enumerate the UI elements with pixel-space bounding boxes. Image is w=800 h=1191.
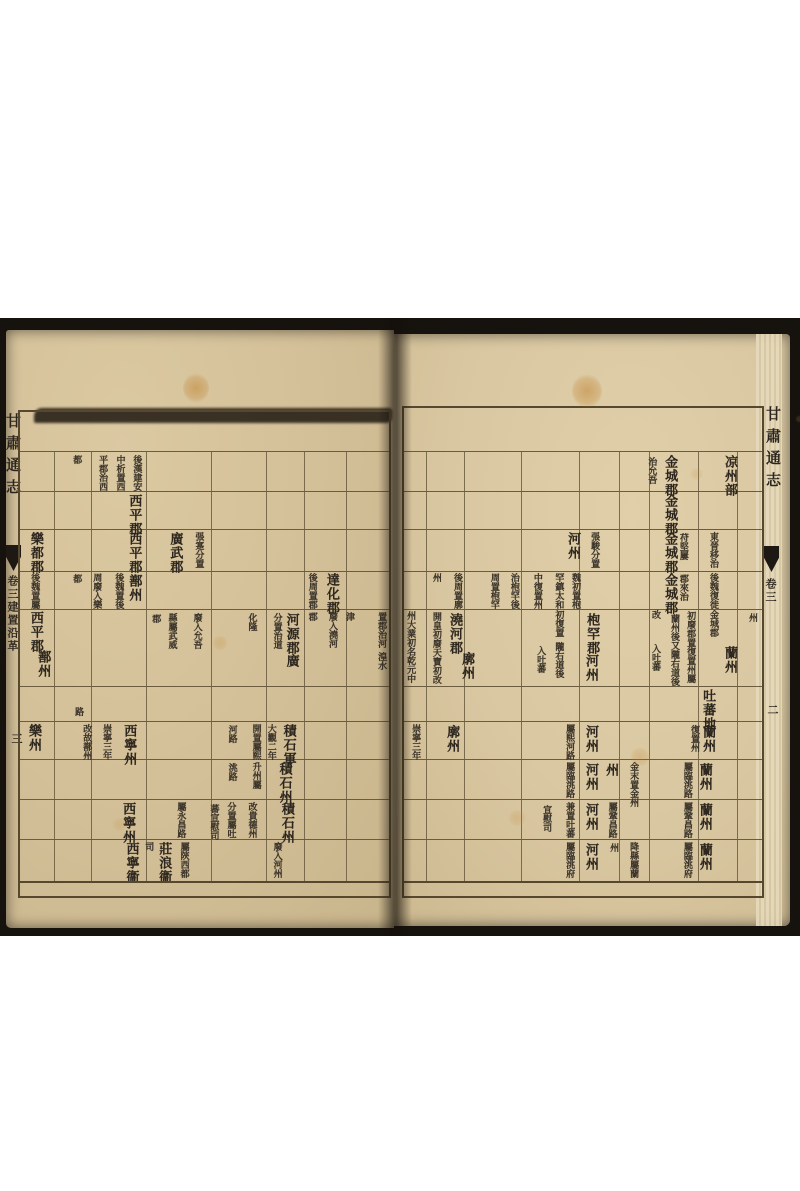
annotation-note: 兼置吐蕃 [565, 802, 574, 838]
table-row: 積石州改貴德州分置屬吐蕃宣慰司屬永昌路西寧州 [20, 800, 389, 840]
right-banxin: 甘肅通志 卷三 二 [764, 406, 780, 715]
place-name: 枹罕郡 [586, 613, 599, 655]
annotation-note: 後周置郡 [308, 573, 317, 609]
annotation-note: 廢入澆河 [328, 612, 337, 648]
gutter-shadow [378, 318, 412, 936]
annotation-note: 初復置 [554, 610, 563, 637]
left-volume-label: 卷三建置沿革 [6, 575, 17, 725]
table-row: 吐蕃地 [404, 687, 762, 722]
place-name: 西平郡 [128, 532, 141, 574]
annotation-note: 後魏置屬 [30, 573, 39, 609]
place-name: 莊浪衞 [158, 842, 171, 884]
place-name: 達化郡 [326, 573, 339, 615]
annotation-note: 廢入允吾 [193, 613, 202, 649]
annotation-note: 張寔分置 [194, 532, 203, 568]
annotation-note: 河路 [228, 725, 237, 743]
table-row: 積石軍大觀二年開置屬熙河路西寧州崇寧三年改故鄯州樂州 [20, 722, 389, 760]
scanned-book-photo: 甘肅通志 卷三建置沿革 三 甘肅通志 卷三 二 後漢建安中析置西平郡治西都西平郡… [0, 0, 800, 1191]
table-row: 廢入河州屬陝西都莊浪衞司西寧衞 [20, 840, 389, 881]
place-name: 積石州 [279, 762, 292, 804]
annotation-note: 東晉移治 [709, 532, 718, 568]
place-name: 凉州部 [724, 455, 737, 497]
place-name: 州 [605, 763, 618, 777]
annotation-note: 周廢入樂 [92, 573, 101, 609]
table-row: 蘭州屬臨洮路金末置金州州河州屬臨洮路 [404, 760, 762, 800]
annotation-note: 降縣屬蘭 [629, 842, 638, 878]
annotation-note: 屬鞏昌路 [608, 802, 617, 838]
annotation-note: 改貴德州 [248, 802, 257, 838]
place-name: 蘭州 [699, 763, 712, 791]
place-name: 西平郡 [30, 611, 43, 653]
right-volume-label: 卷三 [764, 578, 775, 638]
place-name: 積石州 [281, 802, 294, 844]
annotation-note: 罕鎮太和 [554, 573, 563, 609]
place-name: 河源郡 [286, 613, 299, 655]
place-name: 樂都郡 [30, 532, 43, 574]
stain-spot [508, 810, 526, 826]
table-row: 積石州升州屬洮路 [20, 760, 389, 800]
place-name: 金城郡 [664, 532, 677, 574]
annotation-note: 屬臨洮府 [683, 842, 692, 878]
right-table: 凉州部金城郡治允吾金城郡東晉移治苻堅屢金城郡張駿分置河州後魏復徙郡來治金城郡魏初… [402, 406, 764, 898]
table-row: 張寔分置廣武郡西平郡樂都郡 [20, 530, 389, 572]
annotation-note: 魏初置枹 [571, 573, 580, 609]
place-name: 金城郡 [664, 455, 677, 497]
annotation-note: 治允吾 [647, 457, 656, 484]
place-name: 鄯州 [37, 650, 50, 678]
table-row: 蘭州屬臨洮府降縣屬蘭州河州屬臨洮府 [404, 840, 762, 881]
stain-spot [112, 818, 127, 831]
table-row: 後魏復徙郡來治金城郡魏初置枹罕鎮太和中復置州治枹罕後周置枹罕後周置廓州 [404, 572, 762, 610]
annotation-note: 入吐蕃 [651, 644, 660, 671]
place-name: 河州 [585, 725, 598, 753]
table-row: 凉州部金城郡治允吾 [404, 452, 762, 492]
annotation-note: 屬永昌路 [176, 802, 185, 838]
place-name: 河州 [585, 843, 598, 871]
annotation-note: 初廢郡置復置州屬 [686, 611, 695, 683]
place-name: 樂州 [28, 724, 41, 752]
annotation-note: 分置治道 [273, 613, 282, 649]
table-row: 後漢建安中析置西平郡治西都 [20, 452, 389, 492]
book-title: 甘肅通志 [764, 406, 779, 538]
place-name: 澆河郡 [449, 613, 462, 655]
table-footer-strip [20, 881, 389, 894]
place-name: 河州 [567, 532, 580, 560]
annotation-note: 郡 [151, 614, 160, 623]
annotation-note: 崇寧三年 [411, 724, 420, 760]
place-name: 金城郡 [664, 573, 677, 615]
annotation-note: 州 [432, 573, 441, 582]
annotation-note: 司 [144, 842, 153, 851]
right-table-rows: 凉州部金城郡治允吾金城郡東晉移治苻堅屢金城郡張駿分置河州後魏復徙郡來治金城郡魏初… [404, 452, 762, 881]
left-table-rows: 後漢建安中析置西平郡治西都西平郡張寔分置廣武郡西平郡樂都郡達化郡後周置郡鄯州後魏… [20, 452, 389, 881]
annotation-note: 後周置廓 [453, 573, 462, 609]
annotation-note: 平郡治西 [98, 455, 107, 491]
annotation-note: 後漢建安 [132, 455, 141, 491]
stain-spot [690, 468, 703, 480]
annotation-note: 津 [345, 612, 354, 621]
annotation-note: 屬臨洮府 [565, 842, 574, 878]
annotation-note: 蘭州後又隴右道後 [670, 614, 679, 686]
annotation-note: 中復置州 [533, 573, 542, 609]
place-name: 河州 [585, 803, 598, 831]
annotation-note: 開皇初廢天寶初改 [432, 612, 441, 684]
annotation-note: 復置州 [690, 725, 699, 752]
annotation-note: 改 [651, 610, 660, 619]
book-title: 甘肅通志 [4, 413, 19, 533]
annotation-note: 州 [748, 613, 757, 622]
table-row: 路 [20, 687, 389, 722]
annotation-note: 苻堅屢 [679, 533, 688, 560]
photo-area: 甘肅通志 卷三建置沿革 三 甘肅通志 卷三 二 後漢建安中析置西平郡治西都西平郡… [0, 318, 800, 936]
place-name: 廣 [286, 654, 299, 668]
annotation-note: 崇寧三年 [102, 724, 111, 760]
place-name: 鄯州 [128, 574, 141, 602]
annotation-note: 周置枹罕 [490, 573, 499, 609]
annotation-note: 蕃宣慰司 [210, 804, 219, 840]
ink-smudge [796, 416, 800, 422]
annotation-note: 屬鞏昌路 [683, 802, 692, 838]
annotation-note: 廢入河州 [273, 842, 282, 878]
table-row: 州金城郡蘭州初廢郡置復置州屬蘭州後又隴右道後改入吐蕃枹罕郡河州初復置隴右道後入吐… [404, 610, 762, 687]
left-table: 後漢建安中析置西平郡治西都西平郡張寔分置廣武郡西平郡樂都郡達化郡後周置郡鄯州後魏… [18, 410, 391, 898]
annotation-note: 屬熙河路 [565, 724, 574, 760]
fishtail-icon [764, 546, 779, 572]
annotation-note: 縣屬武威 [167, 613, 176, 649]
annotation-note: 宣慰司 [542, 805, 551, 832]
annotation-note: 郡 [308, 612, 317, 621]
annotation-note: 都 [72, 455, 81, 464]
table-row: 蘭州屬鞏昌路屬鞏昌路河州兼置吐蕃宣慰司 [404, 800, 762, 840]
annotation-note: 都 [72, 574, 81, 583]
place-name: 蘭州 [702, 725, 715, 753]
place-name: 河州 [585, 654, 598, 682]
annotation-note: 金城郡 [709, 610, 718, 637]
annotation-note: 升州屬 [252, 762, 261, 789]
place-name: 廓州 [446, 725, 459, 753]
place-name: 廣武郡 [169, 532, 182, 574]
annotation-note: 後魏置後 [114, 573, 123, 609]
stain-spot [183, 373, 209, 403]
stain-spot [212, 636, 228, 650]
place-name: 蘭州 [724, 646, 737, 674]
annotation-note: 改故鄯州 [82, 724, 91, 760]
table-row: 東晉移治苻堅屢金城郡張駿分置河州 [404, 530, 762, 572]
annotation-note: 化隆 [248, 613, 257, 631]
annotation-note: 大觀二年 [267, 724, 276, 760]
annotation-note: 屬陝西都 [180, 842, 189, 878]
annotation-note: 屬臨洮路 [565, 762, 574, 798]
table-row: 西平郡 [20, 492, 389, 530]
place-name: 西寧衞 [125, 842, 138, 884]
annotation-note: 後魏復徙 [709, 573, 718, 609]
annotation-note: 隴右道後 [554, 642, 563, 678]
annotation-note: 路 [74, 707, 83, 716]
annotation-note: 洮路 [228, 763, 237, 781]
table-row: 蘭州復置州河州屬熙河路廓州崇寧三年 [404, 722, 762, 760]
annotation-note: 中析置西 [115, 455, 124, 491]
place-name: 蘭州 [699, 803, 712, 831]
annotation-note: 治枹罕後 [510, 573, 519, 609]
right-folio-number: 二 [764, 704, 780, 715]
annotation-note: 開置屬熙 [252, 724, 261, 760]
annotation-note: 屬臨洮路 [683, 762, 692, 798]
table-row: 金城郡 [404, 492, 762, 530]
annotation-note: 分置屬吐 [227, 802, 236, 838]
stain-spot [630, 748, 650, 766]
table-footer-strip [404, 881, 762, 894]
place-name: 蘭州 [699, 843, 712, 871]
annotation-note: 郡來治 [679, 574, 688, 601]
table-header-strip [404, 408, 762, 452]
table-row: 置郡治河湟水津郡廢入澆河河源郡廣分置治道化隆廢入允吾縣屬武威郡西平郡鄯州 [20, 610, 389, 687]
table-row: 達化郡後周置郡鄯州後魏置後周廢入樂都後魏置屬 [20, 572, 389, 610]
annotation-note: 州 [609, 843, 618, 852]
annotation-note: 入吐蕃 [536, 646, 545, 673]
stain-spot [572, 374, 602, 408]
annotation-note: 張駿分置 [590, 532, 599, 568]
place-name: 廓州 [461, 652, 474, 680]
place-name: 河州 [585, 763, 598, 791]
table-header-strip [20, 412, 389, 452]
